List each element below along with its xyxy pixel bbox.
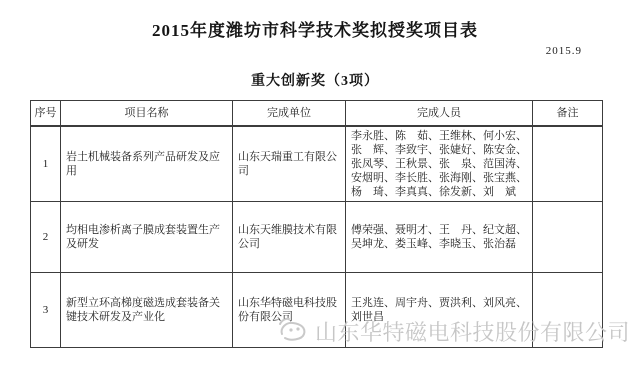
cell-project-name: 均相电渗析离子膜成套装置生产及研发	[61, 201, 233, 272]
cell-serial-number: 3	[31, 272, 61, 347]
header-serial-number: 序号	[31, 101, 61, 126]
cell-completing-unit: 山东华特磁电科技股份有限公司	[233, 272, 346, 347]
cell-serial-number: 1	[31, 126, 61, 202]
header-completing-personnel: 完成人员	[346, 101, 533, 126]
cell-project-name: 岩土机械装备系列产品研发及应用	[61, 126, 233, 202]
document-page: 2015年度潍坊市科学技术奖拟授奖项目表 2015.9 重大创新奖（3项） 序号…	[0, 0, 630, 384]
cell-remarks	[533, 201, 603, 272]
award-projects-table: 序号 项目名称 完成单位 完成人员 备注 1 岩土机械装备系列产品研发及应用 山…	[30, 100, 603, 348]
table-row: 3 新型立环高梯度磁选成套装备关键技术研发及产业化 山东华特磁电科技股份有限公司…	[31, 272, 603, 347]
header-project-name: 项目名称	[61, 101, 233, 126]
cell-completing-unit: 山东天维膜技术有限公司	[233, 201, 346, 272]
cell-remarks	[533, 126, 603, 202]
document-date: 2015.9	[546, 45, 582, 57]
cell-remarks	[533, 272, 603, 347]
cell-serial-number: 2	[31, 201, 61, 272]
table-row: 1 岩土机械装备系列产品研发及应用 山东天瑞重工有限公司 李永胜、陈 茹、王维林…	[31, 126, 603, 202]
cell-completing-unit: 山东天瑞重工有限公司	[233, 126, 346, 202]
section-title: 重大创新奖（3项）	[0, 70, 630, 90]
table-header-row: 序号 项目名称 完成单位 完成人员 备注	[31, 101, 603, 126]
cell-completing-personnel: 王兆连、周宇舟、贾洪利、刘风亮、刘世昌	[346, 272, 533, 347]
cell-project-name: 新型立环高梯度磁选成套装备关键技术研发及产业化	[61, 272, 233, 347]
cell-completing-personnel: 李永胜、陈 茹、王维林、何小宏、张 辉、李致宇、张婕好、陈安金、张凤琴、王秋景、…	[346, 126, 533, 202]
header-completing-unit: 完成单位	[233, 101, 346, 126]
table-row: 2 均相电渗析离子膜成套装置生产及研发 山东天维膜技术有限公司 傅荣强、聂明才、…	[31, 201, 603, 272]
cell-completing-personnel: 傅荣强、聂明才、王 丹、纪文超、吴坤龙、娄玉峰、李晓玉、张治磊	[346, 201, 533, 272]
header-remarks: 备注	[533, 101, 603, 126]
page-title: 2015年度潍坊市科学技术奖拟授奖项目表	[0, 16, 630, 41]
